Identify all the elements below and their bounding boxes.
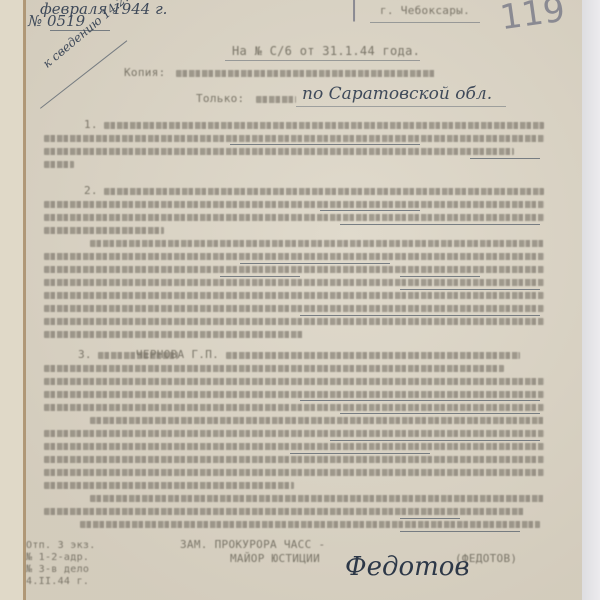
paragraph-3-line — [44, 430, 544, 437]
paragraph-3-line — [44, 469, 544, 476]
header-city: г. Чебоксары. — [380, 4, 470, 17]
paragraph-3-line — [44, 404, 544, 411]
reference-underline — [225, 60, 420, 61]
underline-annotation — [290, 453, 430, 454]
city-underline — [370, 22, 480, 23]
underline-annotation — [300, 400, 540, 401]
paragraph-3-line — [44, 391, 544, 398]
only-line-label: Только: — [196, 92, 244, 105]
underline-annotation — [220, 276, 300, 277]
paragraph-1-line — [44, 161, 74, 168]
paragraph-1-number: 1. — [84, 118, 98, 131]
closing-line — [44, 508, 524, 515]
paragraph-2-line — [44, 266, 544, 273]
paragraph-3-case-name: ЧЕРНОВА Г.П. — [136, 348, 219, 361]
paragraph-1-line — [44, 135, 544, 142]
paragraph-2-line — [44, 227, 164, 234]
paragraph-2-line — [44, 253, 544, 260]
handwritten-addressee: по Саратовской обл. — [302, 84, 492, 104]
paragraph-3-line — [44, 482, 294, 489]
copy-line-label: Копия: — [124, 66, 166, 79]
paragraph-3-line — [44, 456, 544, 463]
paragraph-3-line — [44, 378, 544, 385]
paragraph-1-line — [104, 122, 544, 129]
background-surface — [580, 0, 600, 600]
paragraph-3-number: 3. — [78, 348, 92, 361]
underline-annotation — [330, 440, 540, 441]
paragraph-3-line — [90, 417, 544, 424]
paragraph-2-line — [44, 292, 544, 299]
paragraph-3-line — [226, 352, 520, 359]
underline-annotation — [340, 224, 540, 225]
signature-title-line1: ЗАМ. ПРОКУРОРА ЧАСС - — [180, 538, 325, 551]
signature-title-line2: МАЙОР ЮСТИЦИИ — [230, 552, 320, 565]
paragraph-1-line — [44, 148, 514, 155]
underline-annotation — [400, 531, 520, 532]
paragraph-2-line — [104, 188, 544, 195]
paragraph-2-line — [44, 214, 544, 221]
paragraph-2-line — [44, 279, 544, 286]
underline-annotation — [400, 518, 460, 519]
only-line-text — [256, 96, 296, 103]
underline-annotation — [400, 289, 540, 290]
handwritten-signature: Федотов — [345, 552, 470, 582]
page-fold-line — [23, 0, 26, 600]
previous-page-edge — [0, 0, 24, 600]
footer-file-copy: № 3-в дело — [26, 564, 89, 575]
underline-annotation — [230, 144, 420, 145]
reference-line: На № С/6 от 31.1.44 года. — [232, 44, 420, 58]
underline-annotation — [320, 210, 420, 211]
underline-annotation — [340, 413, 540, 414]
paragraph-3-line — [44, 443, 544, 450]
underline-annotation — [300, 315, 540, 316]
underline-annotation — [240, 263, 390, 264]
underline-annotation — [470, 158, 540, 159]
stamp-number: № 0519 — [28, 12, 85, 30]
paragraph-2-line — [44, 305, 544, 312]
underline-annotation — [400, 276, 480, 277]
paragraph-2-number: 2. — [84, 184, 98, 197]
paragraph-3-line — [44, 365, 504, 372]
paragraph-2-line — [44, 331, 304, 338]
addressee-underline — [296, 106, 506, 107]
paragraph-2-line — [90, 240, 544, 247]
closing-line — [90, 495, 544, 502]
closing-line — [80, 521, 540, 528]
footer-addressee-copies: № 1-2-адр. — [26, 552, 89, 563]
copy-line-text — [176, 70, 436, 77]
paragraph-2-line — [44, 318, 544, 325]
footer-date: 4.II.44 г. — [26, 576, 89, 587]
paragraph-2-line — [44, 201, 544, 208]
footer-copies: Отп. 3 экз. — [26, 540, 96, 551]
pencil-mark-top: | — [350, 0, 358, 22]
